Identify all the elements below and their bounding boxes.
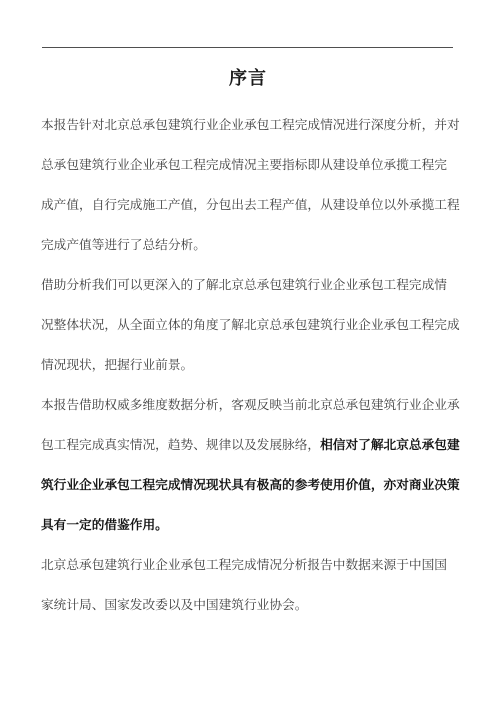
paragraph-1: 本报告针对北京总承包建筑行业企业承包工程完成情况进行深度分析，并对 总承包建筑行… [41, 105, 469, 265]
text-segment: 借助分析我们可以更深入的了解北京总承包建筑行业企业承包工程完成情 况整体状况，从… [41, 278, 460, 372]
page-title: 序言 [0, 67, 496, 89]
paragraph-2: 借助分析我们可以更深入的了解北京总承包建筑行业企业承包工程完成情 况整体状况，从… [41, 265, 469, 385]
text-segment: 北京总承包建筑行业企业承包工程完成情况分析报告中数据来源于中国国 家统计局、国家… [41, 558, 447, 612]
document-page: 序言 本报告针对北京总承包建筑行业企业承包工程完成情况进行深度分析，并对 总承包… [0, 0, 496, 701]
bold-text-segment: 相信对了解北京总承包建 筑行业企业承包工程完成情况现状具有极高的参考使用价值，亦… [41, 438, 460, 532]
paragraph-3: 本报告借助权威多维度数据分析，客观反映当前北京总承包建筑行业企业承 包工程完成真… [41, 385, 469, 545]
paragraph-4: 北京总承包建筑行业企业承包工程完成情况分析报告中数据来源于中国国 家统计局、国家… [41, 545, 469, 625]
horizontal-rule [42, 47, 453, 48]
document-body: 本报告针对北京总承包建筑行业企业承包工程完成情况进行深度分析，并对 总承包建筑行… [41, 105, 469, 625]
text-segment: 本报告针对北京总承包建筑行业企业承包工程完成情况进行深度分析，并对 总承包建筑行… [41, 118, 460, 252]
